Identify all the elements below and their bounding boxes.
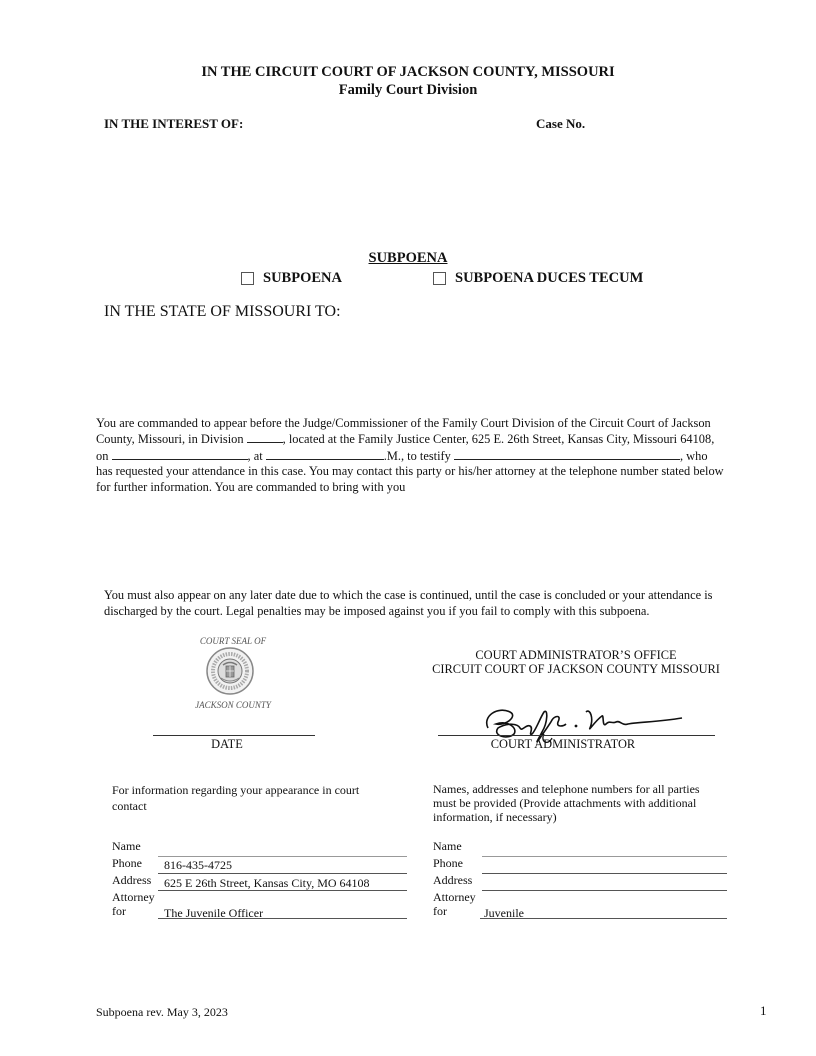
time-blank[interactable] xyxy=(266,448,384,460)
division-title: Family Court Division xyxy=(0,82,816,99)
case-number-label: Case No. xyxy=(536,116,585,132)
subpoena-option[interactable]: SUBPOENA xyxy=(241,270,342,287)
right-address-label: Address xyxy=(433,873,472,888)
interest-of-label: IN THE INTEREST OF: xyxy=(104,116,243,132)
left-attorney-label: Attorney xyxy=(112,890,155,905)
seal-bottom-label: JACKSON COUNTY xyxy=(150,700,316,710)
right-phone-label: Phone xyxy=(433,856,463,871)
subpoena-duces-tecum-option[interactable]: SUBPOENA DUCES TECUM xyxy=(433,270,643,287)
right-name-label: Name xyxy=(433,839,462,854)
admin-court-label: CIRCUIT COURT OF JACKSON COUNTY MISSOURI xyxy=(430,662,722,676)
administrator-signature-line[interactable] xyxy=(438,735,715,736)
seal-top-label: COURT SEAL OF xyxy=(150,636,316,646)
testify-label: .M., to testify xyxy=(384,449,451,463)
admin-office-label: COURT ADMINISTRATOR’S OFFICE xyxy=(430,648,722,662)
duces-tecum-option-label: SUBPOENA DUCES TECUM xyxy=(455,270,643,287)
command-text-b: , located at the Family Justice Center, … xyxy=(283,432,715,446)
addressee-label: IN THE STATE OF MISSOURI TO: xyxy=(104,303,341,321)
command-paragraph: You are commanded to appear before the J… xyxy=(96,416,724,495)
on-label: on xyxy=(96,449,108,463)
at-label: , at xyxy=(248,449,263,463)
left-name-field[interactable] xyxy=(158,856,407,857)
right-name-field[interactable] xyxy=(482,856,727,857)
subpoena-checkbox[interactable] xyxy=(241,272,254,285)
right-phone-field[interactable] xyxy=(482,873,727,874)
left-address-label: Address xyxy=(112,873,151,888)
court-title: IN THE CIRCUIT COURT OF JACKSON COUNTY, … xyxy=(0,64,816,81)
left-phone-field[interactable] xyxy=(158,873,407,874)
left-name-label: Name xyxy=(112,839,141,854)
date-caption: DATE xyxy=(153,737,301,752)
party-blank[interactable] xyxy=(454,448,680,460)
duces-tecum-checkbox[interactable] xyxy=(433,272,446,285)
right-attorney-field[interactable] xyxy=(480,918,727,919)
division-blank[interactable] xyxy=(247,431,283,443)
left-address-field[interactable] xyxy=(158,890,407,891)
left-attorney-for-label: for xyxy=(112,904,126,919)
left-phone-value[interactable]: 816-435-4725 xyxy=(164,858,232,873)
right-attorney-for-label: for xyxy=(433,904,447,919)
left-attorney-field[interactable] xyxy=(158,918,407,919)
page-number: 1 xyxy=(760,1003,767,1019)
continuance-paragraph: You must also appear on any later date d… xyxy=(104,587,716,619)
contact-left-intro: For information regarding your appearanc… xyxy=(112,782,382,814)
date-blank[interactable] xyxy=(112,448,248,460)
right-attorney-label: Attorney xyxy=(433,890,476,905)
court-seal-icon xyxy=(199,646,261,696)
right-address-field[interactable] xyxy=(482,890,727,891)
who-label: , who xyxy=(680,449,708,463)
date-line[interactable] xyxy=(153,735,315,736)
revision-footer: Subpoena rev. May 3, 2023 xyxy=(96,1005,228,1020)
left-phone-label: Phone xyxy=(112,856,142,871)
contact-right-intro: Names, addresses and telephone numbers f… xyxy=(433,782,718,824)
left-address-value[interactable]: 625 E 26th Street, Kansas City, MO 64108 xyxy=(164,876,370,891)
subpoena-heading: SUBPOENA xyxy=(0,250,816,267)
subpoena-option-label: SUBPOENA xyxy=(263,270,342,287)
command-text-c: has requested your attendance in this ca… xyxy=(96,464,724,493)
administrator-caption: COURT ADMINISTRATOR xyxy=(438,737,688,752)
